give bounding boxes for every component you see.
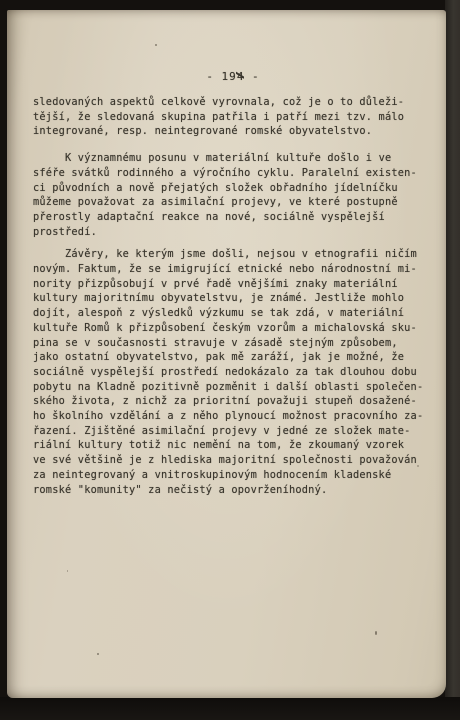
document-page: - 194 - sledovaných aspektů celkově vyro… (7, 10, 446, 698)
paper-speck (375, 631, 377, 635)
page-number-suffix: - (244, 70, 259, 83)
paper-speck (67, 570, 68, 572)
page-number: - 194 - (33, 70, 433, 83)
paragraph-2: K významnému posunu v materiální kultuře… (33, 151, 433, 239)
paragraph-1: sledovaných aspektů celkově vyrovnala, c… (33, 95, 433, 139)
page-number-prefix: - 19 (206, 70, 237, 83)
scanned-book-photo: - 194 - sledovaných aspektů celkově vyro… (0, 0, 460, 720)
paragraph-3: Závěry, ke kterým jsme došli, nejsou v e… (33, 247, 433, 497)
paper-speck (155, 44, 157, 46)
page-content: - 194 - sledovaných aspektů celkově vyro… (33, 70, 433, 505)
scan-background-right-edge (445, 0, 460, 720)
scan-background-bottom-edge (0, 697, 460, 720)
page-number-overstruck-digit: 4 (237, 70, 245, 83)
paper-speck (97, 653, 99, 655)
